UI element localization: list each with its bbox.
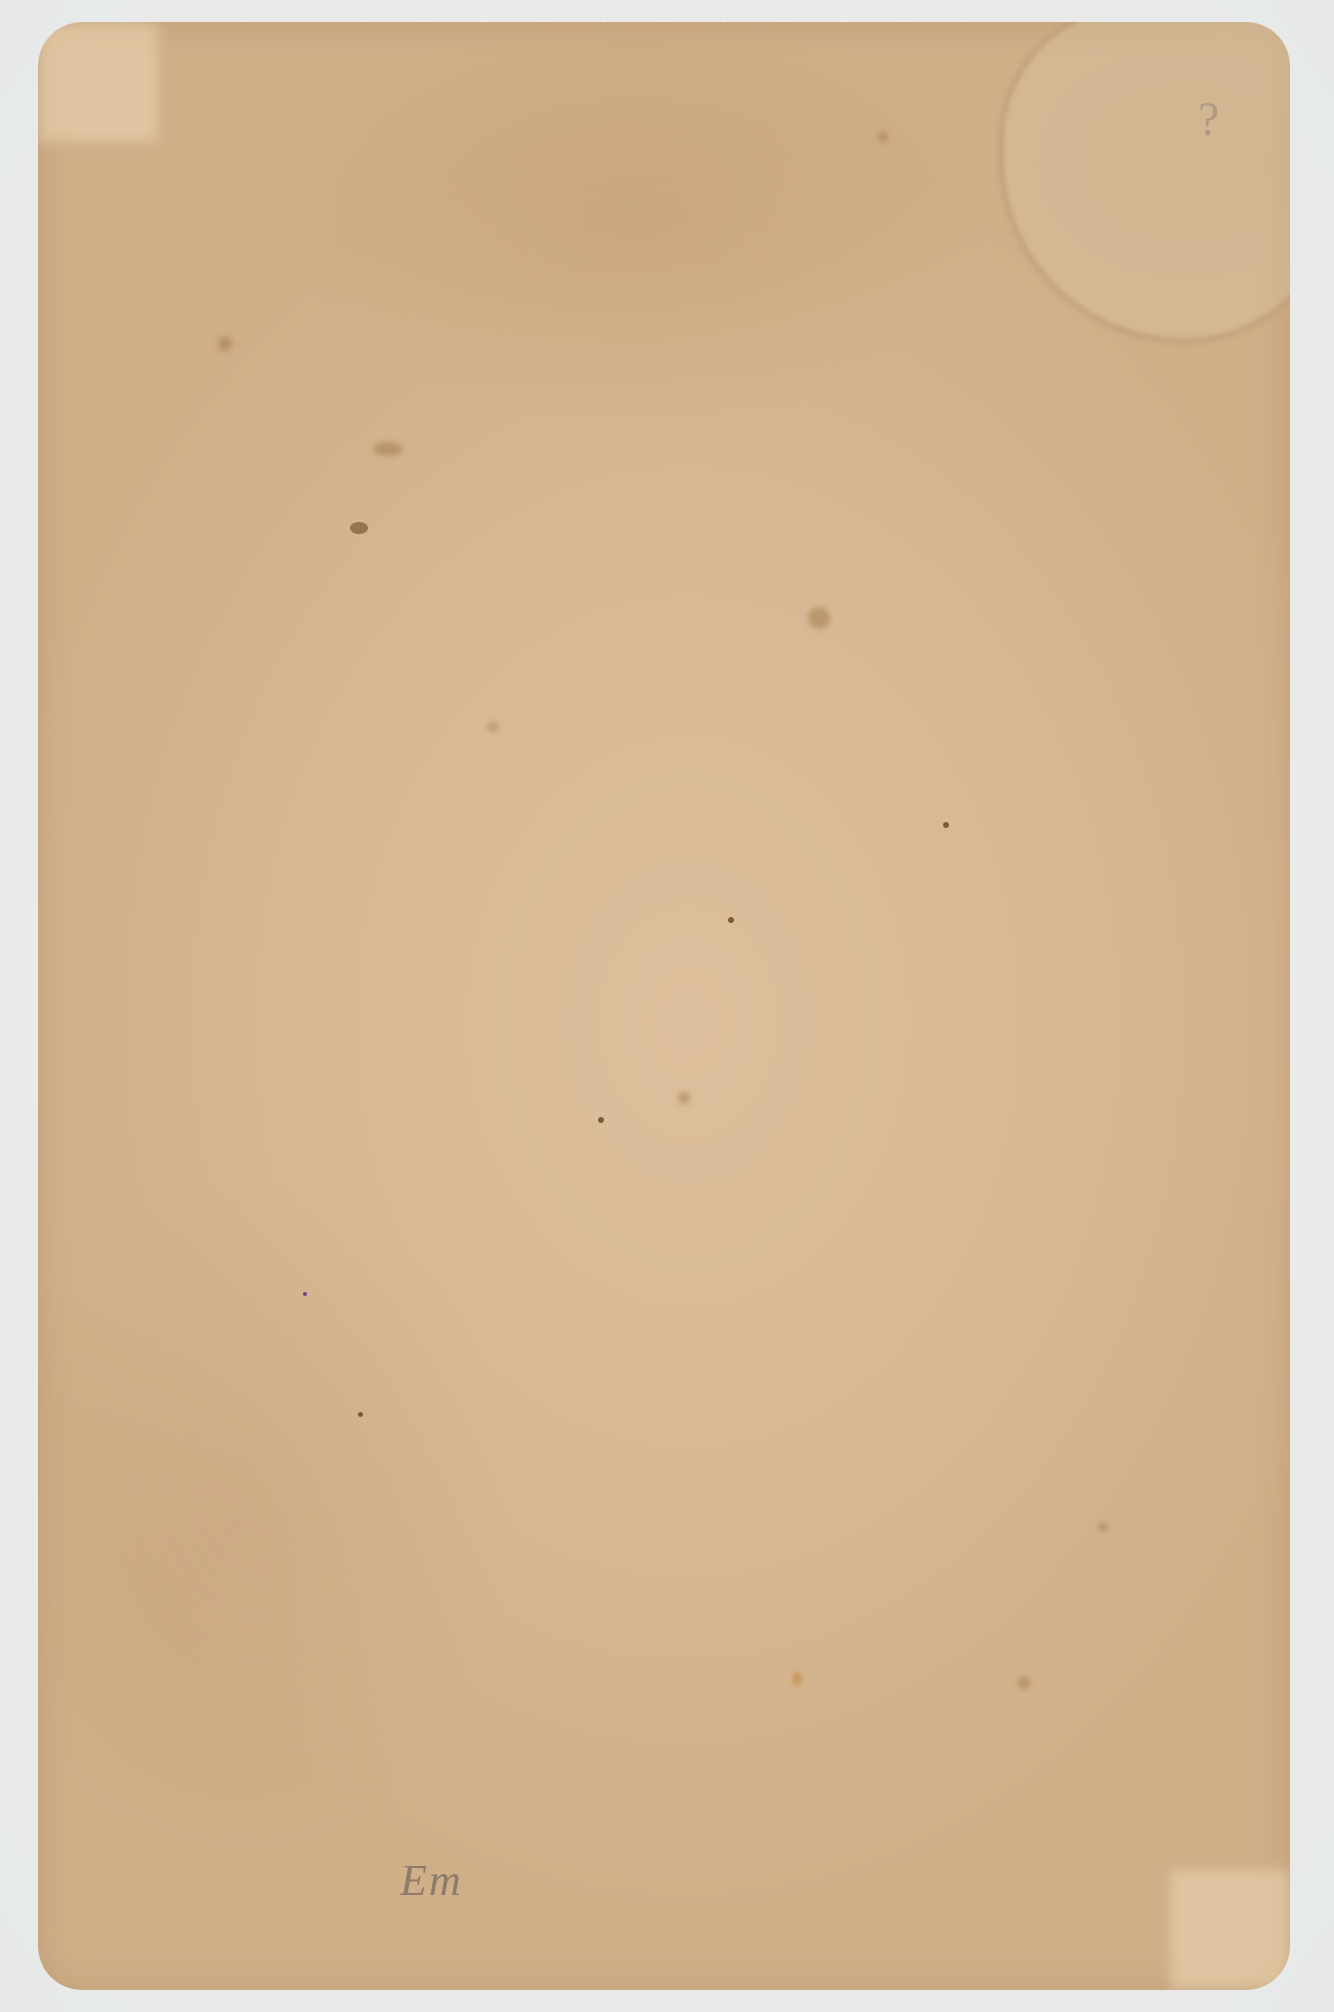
scan-background: ? Em xyxy=(0,0,1334,2012)
foxing-spot xyxy=(678,1092,690,1104)
foxing-spot xyxy=(728,917,734,923)
water-stain xyxy=(998,22,1290,344)
foxing-spot xyxy=(373,442,403,456)
foxing-spot xyxy=(218,337,232,351)
foxing-spot xyxy=(303,1292,307,1296)
foxing-spot xyxy=(358,1412,363,1417)
corner-wear-top-left xyxy=(38,22,158,142)
foxing-spot xyxy=(1018,1677,1030,1689)
corner-wear-bottom-right xyxy=(1170,1870,1290,1990)
foxing-spot xyxy=(350,522,368,534)
card-surface: ? xyxy=(38,22,1290,1990)
foxing-spot xyxy=(943,822,949,828)
foxing-spot xyxy=(808,607,830,629)
foxing-spot xyxy=(1098,1522,1108,1532)
cabinet-card-back: ? xyxy=(38,22,1290,1990)
pencil-handwriting: Em xyxy=(400,1855,463,1906)
foxing-spot xyxy=(488,722,498,732)
foxing-spot xyxy=(793,1672,801,1686)
foxing-spot xyxy=(878,132,888,142)
foxing-spot xyxy=(598,1117,604,1123)
pencil-mark: ? xyxy=(1198,92,1219,147)
